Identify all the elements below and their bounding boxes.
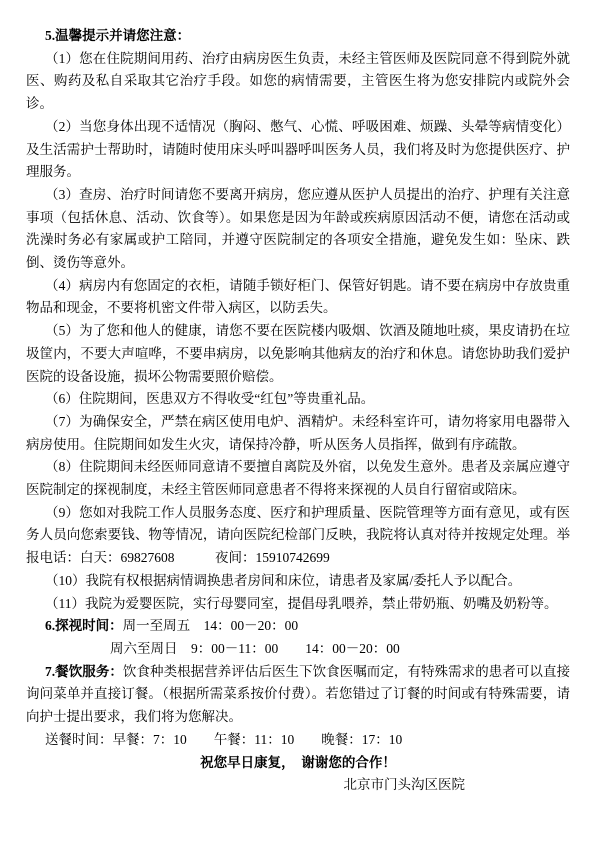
notice-item-1: （1）您在住院期间用药、治疗由病房医生负责，未经主管医师及医院同意不得到院外就医… [26, 48, 570, 116]
notice-item-4: （4）病房内有您固定的衣柜，请随手锁好柜门、保管好钥匙。请不要在病房中存放贵重物… [26, 275, 570, 320]
visiting-hours-weekday-times: 周一至周五 14：00－20：00 [123, 618, 299, 633]
meal-delivery-times-line: 送餐时间：早餐：7：10 午餐：11：10 晚餐：17：10 [26, 729, 570, 752]
catering-service-label: 7.餐饮服务： [45, 664, 123, 679]
catering-service-paragraph: 7.餐饮服务：饮食种类根据营养评估后医生下饮食医嘱而定，有特殊需求的患者可以直接… [26, 661, 570, 729]
hospital-notice-page: 5.温馨提示并请您注意： （1）您在住院期间用药、治疗由病房医生负责，未经主管医… [0, 0, 589, 849]
section5-heading: 5.温馨提示并请您注意： [26, 25, 570, 48]
notice-item-5: （5）为了您和他人的健康，请您不要在医院楼内吸烟、饮酒及随地吐痰，果皮请扔在垃圾… [26, 320, 570, 388]
visiting-hours-line1: 6.探视时间：周一至周五 14：00－20：00 [26, 615, 570, 638]
notice-item-3: （3）查房、治疗时间请您不要离开病房，您应遵从医护人员提出的治疗、护理有关注意事… [26, 184, 570, 275]
notice-item-2: （2）当您身体出现不适情况（胸闷、憋气、心慌、呼吸困难、烦躁、头晕等病情变化）及… [26, 116, 570, 184]
notice-item-11: （11）我院为爱婴医院，实行母婴同室，提倡母乳喂养，禁止带奶瓶、奶嘴及奶粉等。 [26, 593, 570, 616]
notice-item-7: （7）为确保安全，严禁在病区使用电炉、酒精炉。未经科室许可，请勿将家用电器带入病… [26, 411, 570, 456]
notice-item-9: （9）您如对我院工作人员服务态度、医疗和护理质量、医院管理等方面有意见，或有医务… [26, 502, 570, 570]
notice-item-10: （10）我院有权根据病情调换患者房间和床位，请患者及家属/委托人予以配合。 [26, 570, 570, 593]
closing-wish: 祝您早日康复， 谢谢您的合作！ [26, 752, 570, 775]
visiting-hours-label: 6.探视时间： [45, 618, 123, 633]
notice-item-6: （6）住院期间，医患双方不得收受“红包”等贵重礼品。 [26, 388, 570, 411]
notice-item-8: （8）住院期间未经医师同意请不要擅自离院及外宿，以免发生意外。患者及亲属应遵守医… [26, 456, 570, 501]
hospital-signature: 北京市门头沟区医院 [26, 774, 570, 797]
visiting-hours-line2: 周六至周日 9：00－11：00 14：00－20：00 [26, 638, 570, 661]
